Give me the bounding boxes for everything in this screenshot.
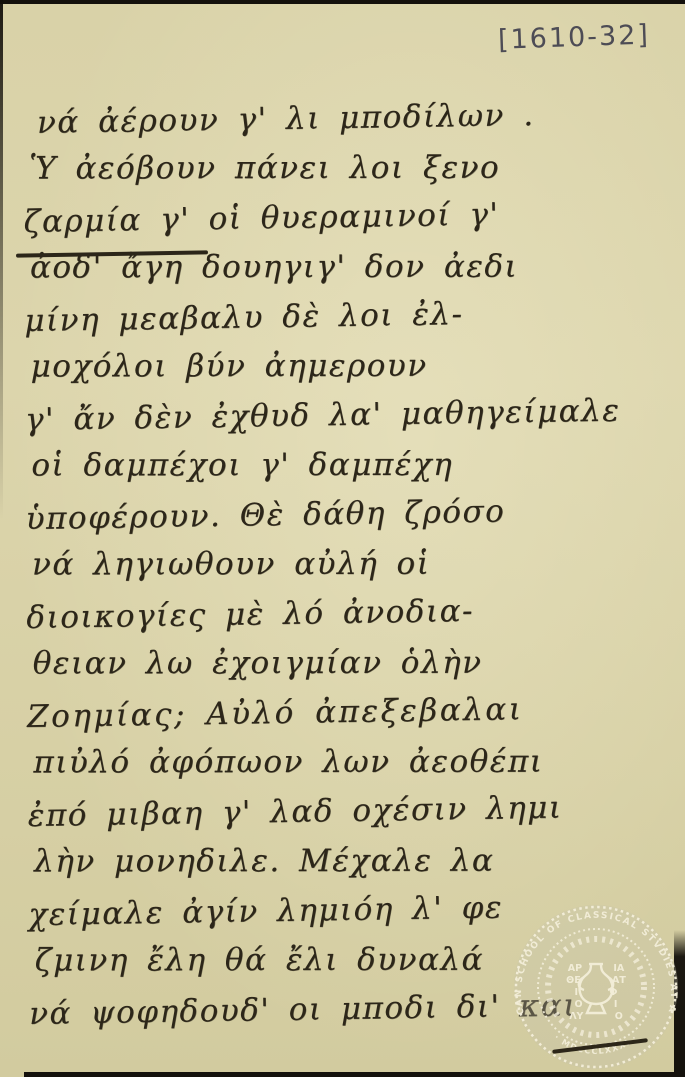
catalog-number: [1610-32] bbox=[498, 19, 659, 56]
seal-letters-row: Ι Φ bbox=[575, 987, 618, 998]
scanned-letter-page: AMERICAN SCHOOL OF CLASSICAL STVDIES AT … bbox=[0, 0, 685, 1077]
handwritten-line: ζαρμία γ' οἱ θυεραμινοί γ' bbox=[23, 188, 664, 248]
seal-letters-row: ΘΕ ΑΤ bbox=[566, 975, 626, 986]
handwritten-line: μοχόλοι βύν ἀημερουν bbox=[31, 341, 665, 392]
handwritten-line: μίνη μεαβαλυ δὲ λοι ἐλ- bbox=[24, 287, 665, 347]
embossed-seal: AMERICAN SCHOOL OF CLASSICAL STVDIES AT … bbox=[506, 898, 685, 1077]
scan-edge-top bbox=[0, 0, 685, 4]
handwritten-line: διοικογίες μὲ λό ἀνοδια- bbox=[26, 584, 667, 644]
scan-edge-left bbox=[0, 0, 3, 520]
handwritten-line: θειαν λω ἐχοιγμίαν ὁλὴν bbox=[33, 638, 667, 689]
handwritten-letter-body: νά ἀέρουν γ' λι μποδίλων . Ὑ ἀεόβουν πάν… bbox=[23, 92, 670, 1037]
seal-letters-row: ΑΡ ΙΑ bbox=[568, 963, 625, 974]
handwritten-line: πιὐλό ἀφόπωον λων ἀεοθέπι bbox=[33, 737, 667, 788]
seal-letters-row: Ο Ι bbox=[575, 999, 618, 1010]
handwritten-line: νά ληγιωθουν αὐλή οἱ bbox=[32, 539, 666, 590]
handwritten-line: νά ἀέρουν γ' λι μποδίλων . bbox=[37, 89, 664, 148]
seal-letters-row: ΛΥ Ο bbox=[569, 1011, 623, 1022]
handwritten-line: γ' ἄν δὲν ἐχθυδ λα' μαθηγείμαλε bbox=[25, 386, 666, 446]
handwritten-line: Ζοημίας; Αὐλό ἀπεξεβαλαι bbox=[27, 683, 668, 743]
handwritten-line: Ὑ ἀεόβουν πάνει λοι ξενο bbox=[29, 143, 663, 194]
handwritten-line: οἱ δαμπέχοι γ' δαμπέχη bbox=[31, 440, 665, 491]
handwritten-line: λὴν μονηδιλε. Μέχαλε λα bbox=[34, 836, 668, 887]
handwritten-line: ἐπό μιβαη γ' λαδ οχέσιν λημι bbox=[27, 782, 668, 842]
handwritten-line: ὑποφέρουν. Θὲ δάθη ζρόσο bbox=[25, 485, 666, 545]
handwritten-line: ἀοδ' ἄγη δουηγιγ' δον ἀεδι bbox=[30, 242, 664, 293]
